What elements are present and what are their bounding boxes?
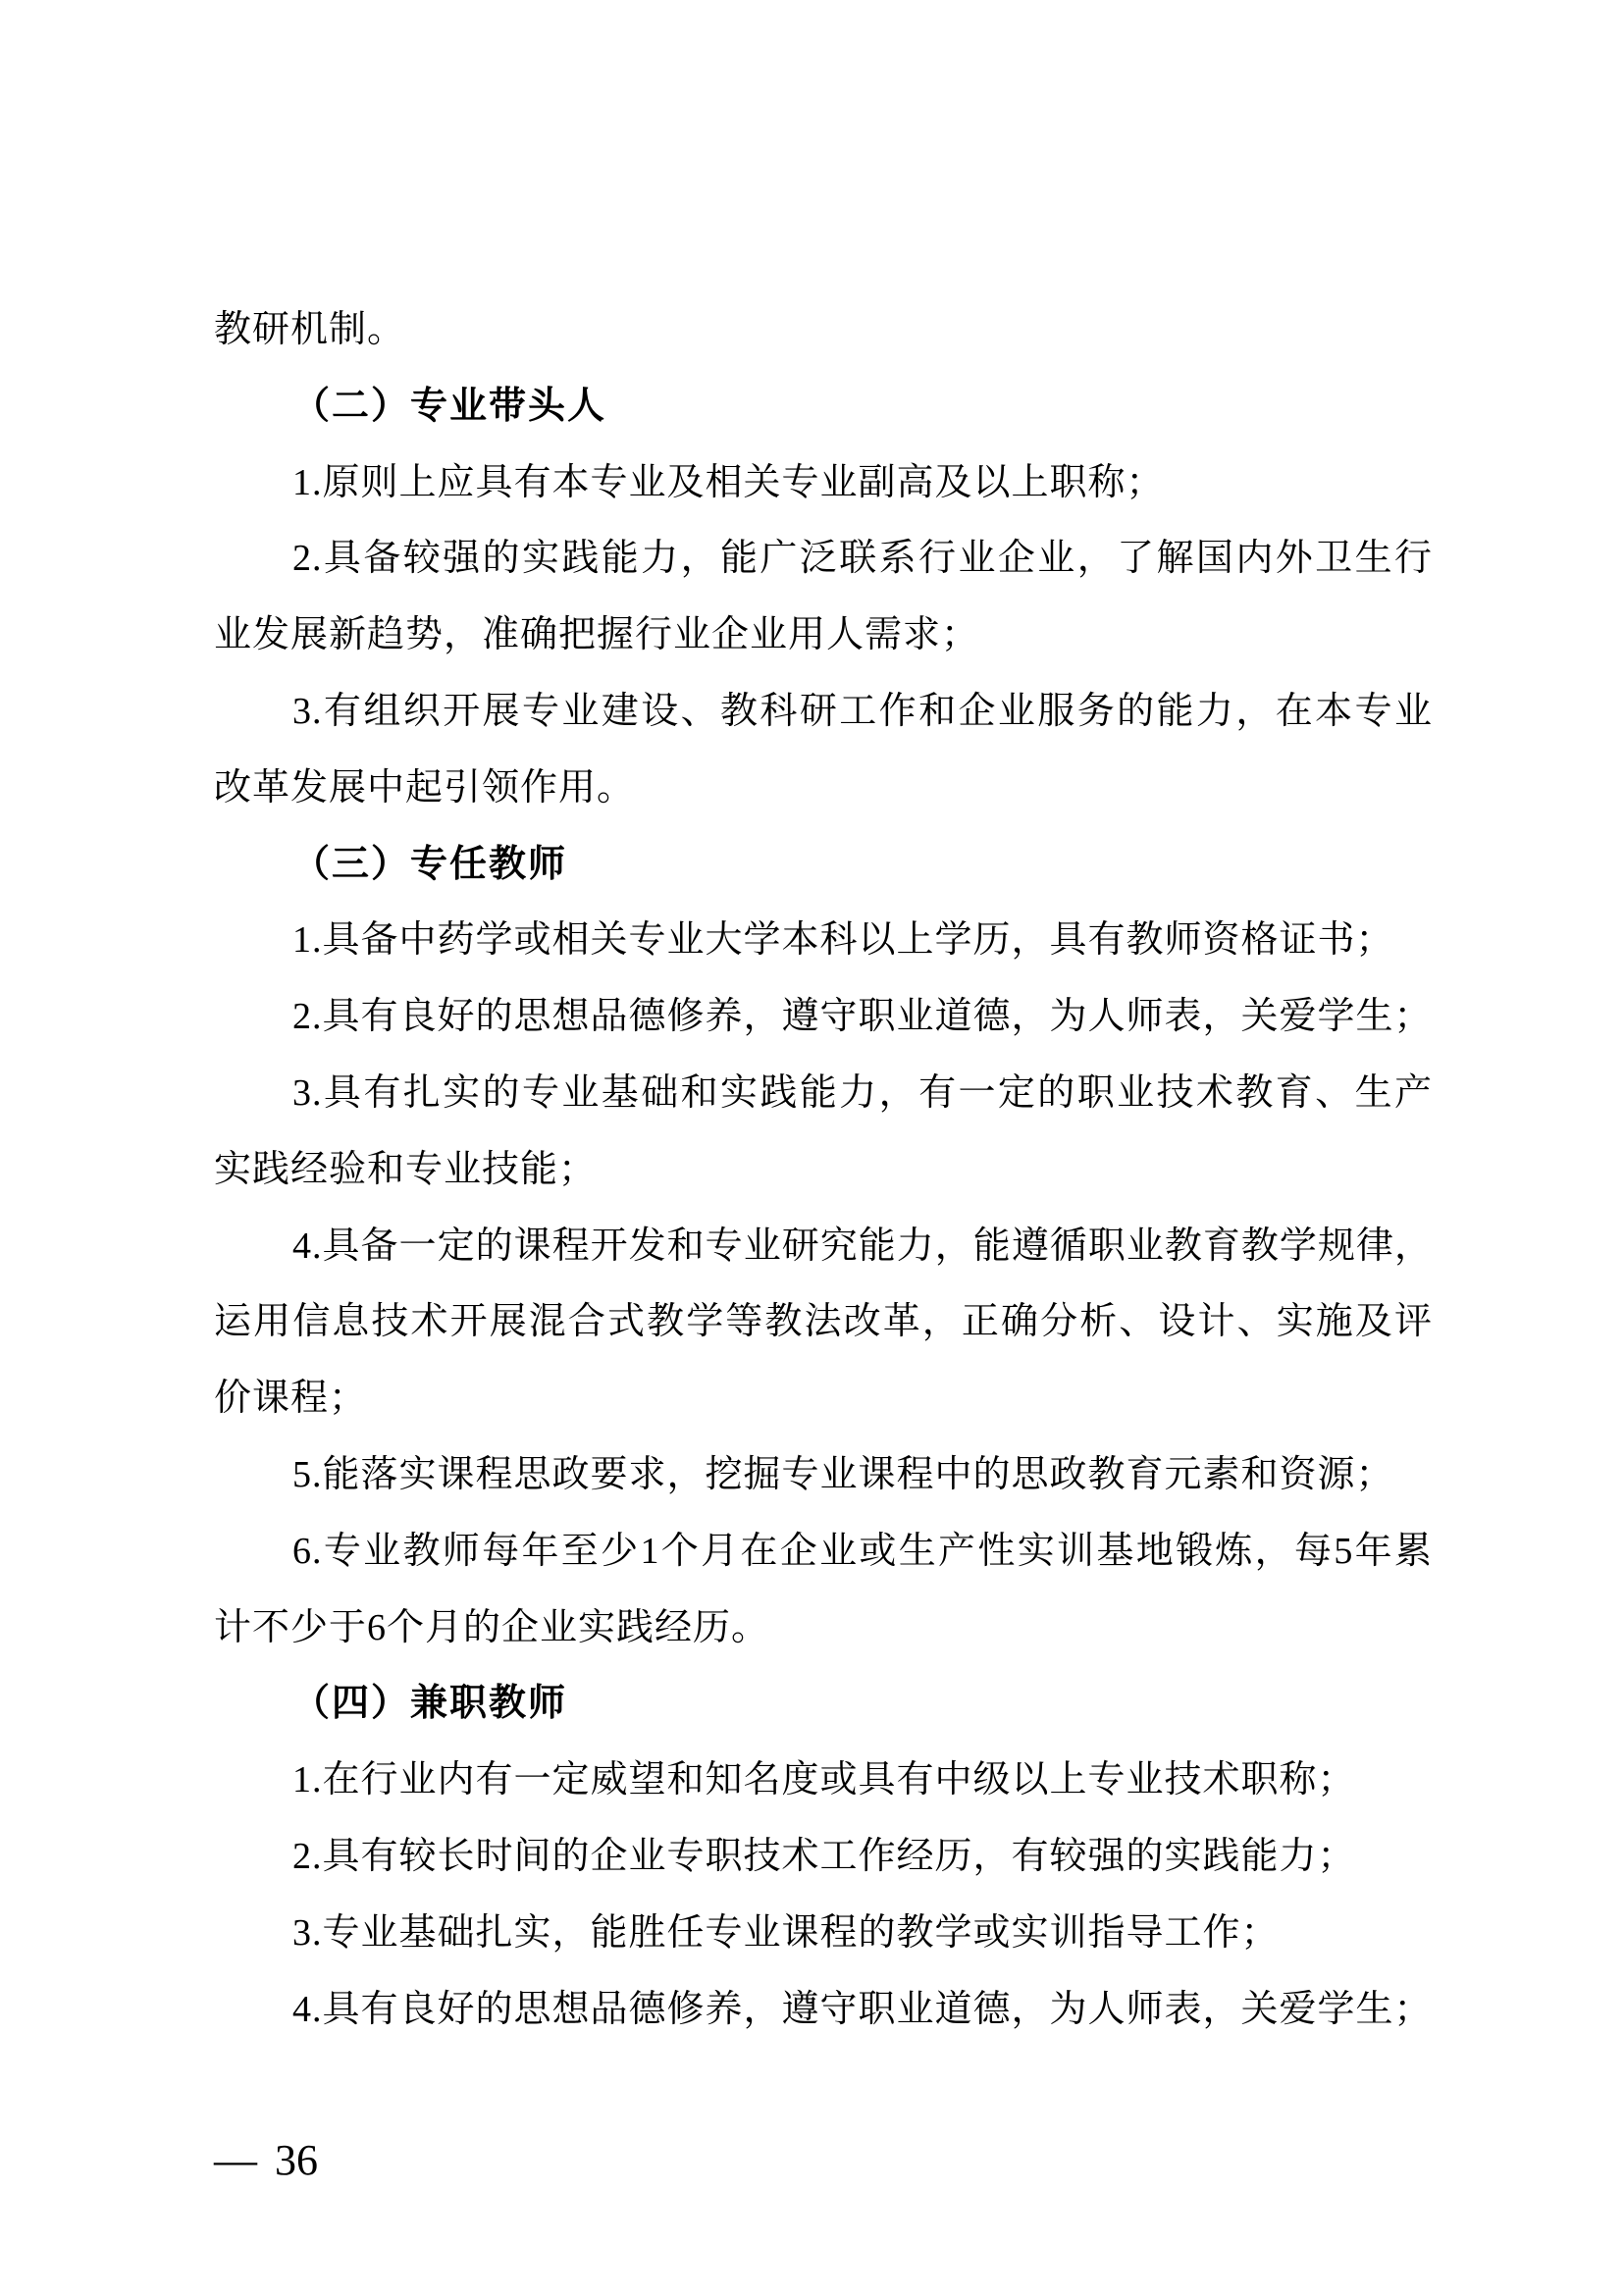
- body-line: 1.原则上应具有本专业及相关专业副高及以上职称；: [214, 445, 1433, 522]
- paragraph-continuation-line: 教研机制。: [214, 292, 1433, 369]
- paragraph-continuation-line: 改革发展中起引领作用。: [214, 751, 1433, 827]
- body-line: 3.具有扎实的专业基础和实践能力，有一定的职业技术教育、生产: [214, 1056, 1433, 1132]
- page-number-dash: —: [214, 2136, 257, 2184]
- section-heading: （四）兼职教师: [214, 1666, 1433, 1743]
- body-line: 2.具有较长时间的企业专职技术工作经历，有较强的实践能力；: [214, 1819, 1433, 1896]
- section-4: （四）兼职教师 1.在行业内有一定威望和知名度或具有中级以上专业技术职称； 2.…: [214, 1666, 1433, 2048]
- text-block: 教研机制。 （二）专业带头人 1.原则上应具有本专业及相关专业副高及以上职称； …: [214, 292, 1433, 2048]
- body-line: 4.具备一定的课程开发和专业研究能力，能遵循职业教育教学规律，: [214, 1209, 1433, 1285]
- body-line: 2.具有良好的思想品德修养，遵守职业道德，为人师表，关爱学生；: [214, 979, 1433, 1056]
- body-line: 2.具备较强的实践能力，能广泛联系行业企业，了解国内外卫生行: [214, 521, 1433, 598]
- document-page: 教研机制。 （二）专业带头人 1.原则上应具有本专业及相关专业副高及以上职称； …: [0, 0, 1624, 2295]
- body-line: 1.具备中药学或相关专业大学本科以上学历，具有教师资格证书；: [214, 903, 1433, 979]
- paragraph-continuation-line: 业发展新趋势，准确把握行业企业用人需求；: [214, 598, 1433, 674]
- body-line: 5.能落实课程思政要求，挖掘专业课程中的思政教育元素和资源；: [214, 1437, 1433, 1514]
- page-footer: —36: [214, 2139, 318, 2182]
- paragraph-continuation-line: 运用信息技术开展混合式教学等教法改革，正确分析、设计、实施及评: [214, 1284, 1433, 1361]
- page-number: 36: [275, 2136, 318, 2184]
- body-line: 6.专业教师每年至少1个月在企业或生产性实训基地锻炼，每5年累: [214, 1514, 1433, 1591]
- section-heading: （三）专任教师: [214, 827, 1433, 904]
- body-line: 3.有组织开展专业建设、教科研工作和企业服务的能力，在本专业: [214, 674, 1433, 751]
- section-heading: （二）专业带头人: [214, 369, 1433, 445]
- body-line: 3.专业基础扎实，能胜任专业课程的教学或实训指导工作；: [214, 1896, 1433, 1972]
- body-line: 4.具有良好的思想品德修养，遵守职业道德，为人师表，关爱学生；: [214, 1972, 1433, 2049]
- paragraph-continuation-line: 实践经验和专业技能；: [214, 1132, 1433, 1209]
- section-2: （二）专业带头人 1.原则上应具有本专业及相关专业副高及以上职称； 2.具备较强…: [214, 369, 1433, 827]
- paragraph-continuation-line: 价课程；: [214, 1361, 1433, 1437]
- body-line: 1.在行业内有一定威望和知名度或具有中级以上专业技术职称；: [214, 1743, 1433, 1819]
- section-3: （三）专任教师 1.具备中药学或相关专业大学本科以上学历，具有教师资格证书； 2…: [214, 827, 1433, 1667]
- paragraph-continuation-line: 计不少于6个月的企业实践经历。: [214, 1591, 1433, 1667]
